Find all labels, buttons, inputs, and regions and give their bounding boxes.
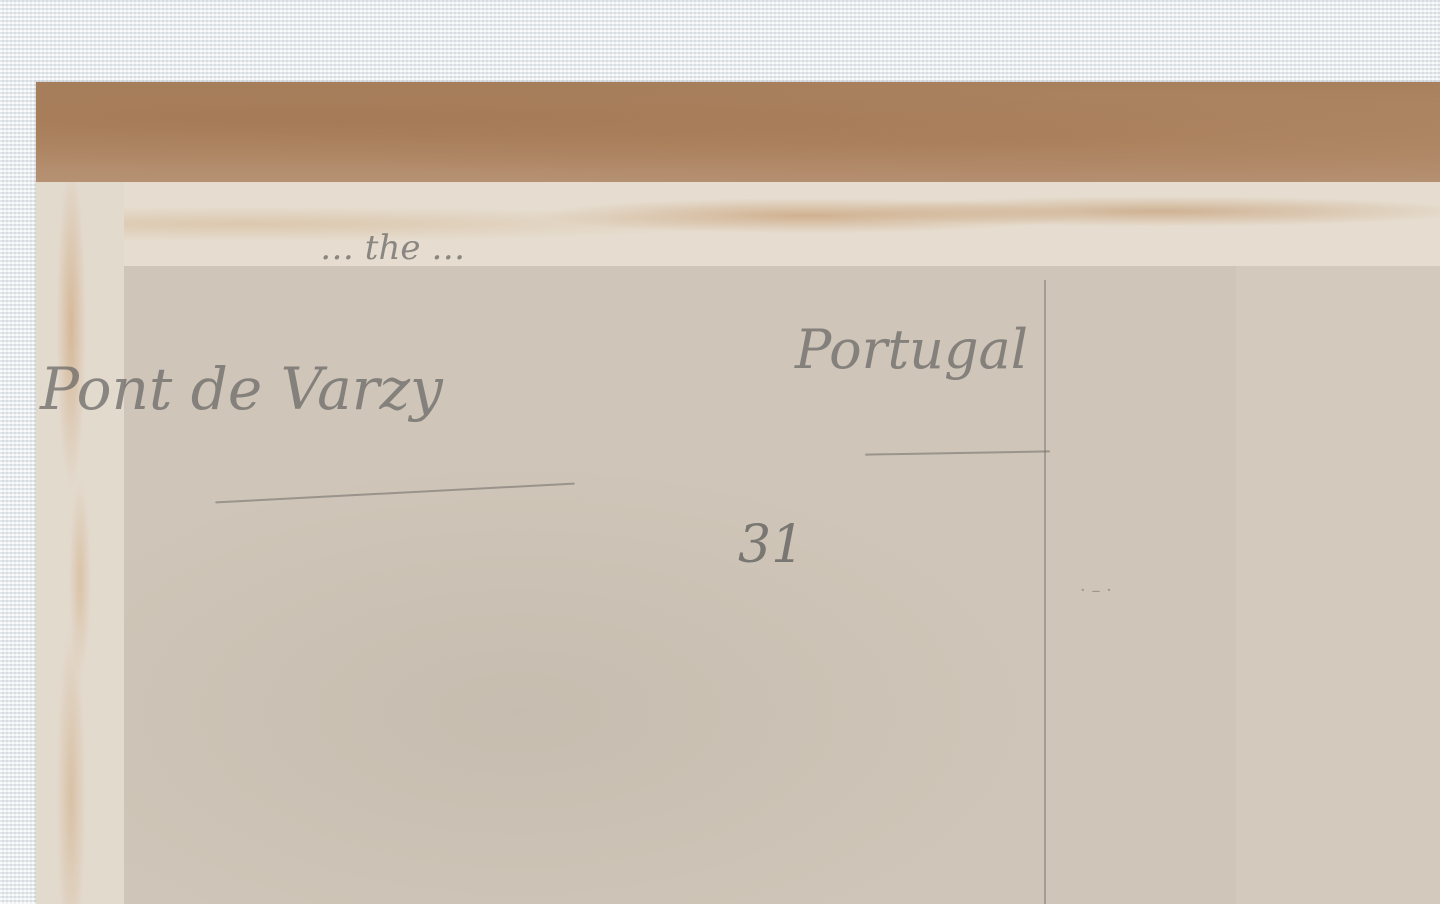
inscription-place-name: Pont de Varzy	[40, 355, 443, 423]
inscription-number: 31	[738, 515, 804, 575]
pencil-marks: · – ·	[1080, 580, 1112, 601]
paper-border-top	[36, 182, 1440, 266]
paper-sheet	[36, 82, 1440, 904]
pencil-vertical-line	[1044, 280, 1046, 904]
paper-border-left	[36, 182, 124, 904]
paper-inner-panel-right	[1236, 266, 1440, 904]
inscription-top-partial: … the …	[320, 228, 465, 268]
inscription-right: Portugal	[795, 318, 1028, 381]
brown-tape-strip	[36, 82, 1440, 182]
